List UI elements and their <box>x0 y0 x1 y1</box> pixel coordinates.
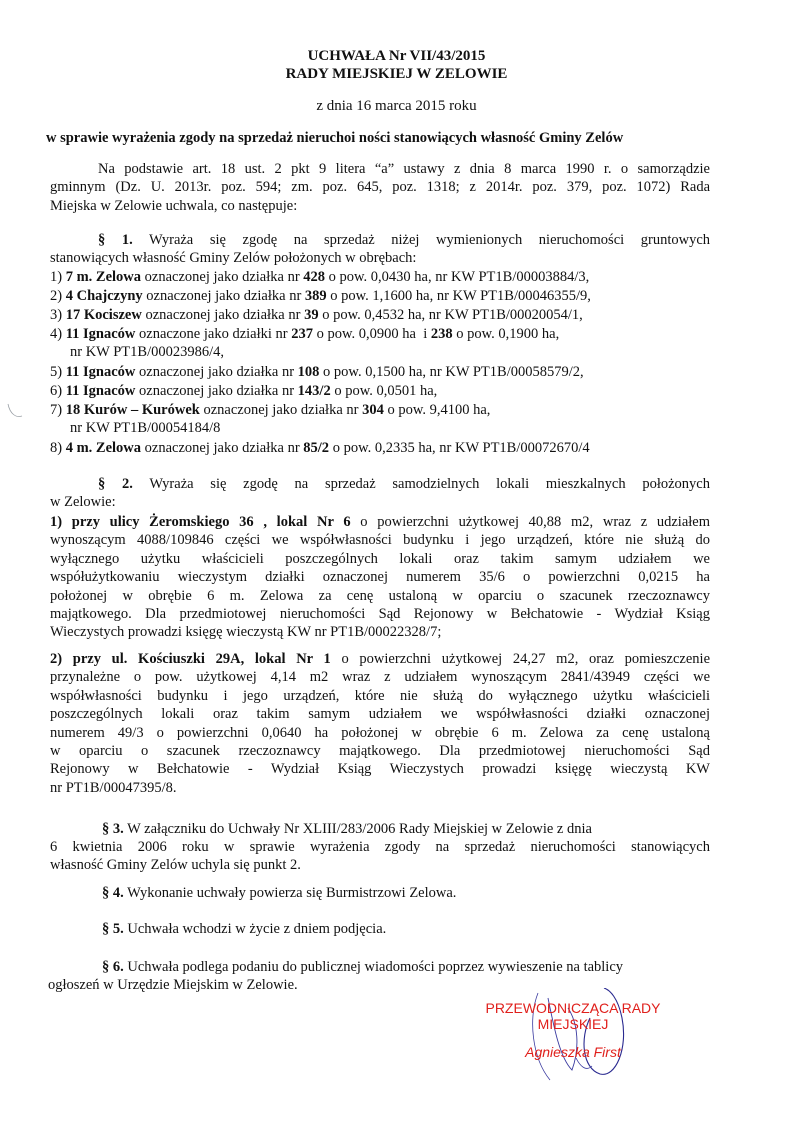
preamble-line: Miejska w Zelowie uchwala, co następuje: <box>50 197 710 215</box>
preamble-line: Na podstawie art. 18 ust. 2 pkt 9 litera… <box>50 160 710 178</box>
resolution-subject: w sprawie wyrażenia zgody na sprzedaż ni… <box>46 130 623 147</box>
property-item-5: 5) 11 Ignaców oznaczonej jako działka nr… <box>50 363 584 381</box>
section-2-label: § 2. <box>98 476 133 492</box>
stamp-title-line1: PRZEWODNICZĄCA RADY <box>478 1000 668 1016</box>
section-6-line2: ogłoszeń w Urzędzie Miejskim w Zelowie. <box>48 976 298 994</box>
section-1-line: stanowiących własność Gminy Zelów położo… <box>50 249 710 267</box>
section-4-label: § 4. <box>102 885 124 901</box>
chairperson-stamp: PRZEWODNICZĄCA RADY MIEJSKIEJ Agnieszka … <box>478 1000 668 1060</box>
section-3-body: 6 kwietnia 2006 roku w sprawie wyrażenia… <box>50 838 710 875</box>
property-item-8: 8) 4 m. Zelowa oznaczonej jako działka n… <box>50 439 590 457</box>
document-page: UCHWAŁA Nr VII/43/2015 RADY MIEJSKIEJ W … <box>0 0 793 1123</box>
section-2-intro: § 2. Wyraża się zgodę na sprzedaż samodz… <box>50 475 710 512</box>
property-item-1: 1) 7 m. Zelowa oznaczonej jako działka n… <box>50 268 589 286</box>
preamble-line: gminnym (Dz. U. 2013r. poz. 594; zm. poz… <box>50 178 710 196</box>
preamble: Na podstawie art. 18 ust. 2 pkt 9 litera… <box>50 160 710 215</box>
section-4: § 4. Wykonanie uchwały powierza się Burm… <box>102 884 456 902</box>
section-3-line1: § 3. W załączniku do Uchwały Nr XLIII/28… <box>102 820 592 838</box>
section-2-point-1: 1) przy ulicy Żeromskiego 36 , lokal Nr … <box>50 513 710 642</box>
section-2-line: § 2. Wyraża się zgodę na sprzedaż samodz… <box>50 475 710 493</box>
section-5-label: § 5. <box>102 921 124 937</box>
stamp-title-line2: MIEJSKIEJ <box>478 1016 668 1032</box>
stamp-signatory-name: Agnieszka First <box>478 1044 668 1060</box>
section-1-line: § 1. Wyraża się zgodę na sprzedaż niżej … <box>50 231 710 249</box>
scan-margin-mark-icon <box>6 400 24 420</box>
property-item-4: 4) 11 Ignaców oznaczone jako działki nr … <box>50 325 559 361</box>
section-6-line1: § 6. Uchwała podlega podaniu do publiczn… <box>102 958 623 976</box>
property-item-7: 7) 18 Kurów – Kurówek oznaczonej jako dz… <box>50 401 490 437</box>
property-item-2: 2) 4 Chajczyny oznaczonej jako działka n… <box>50 287 591 305</box>
property-item-3: 3) 17 Kociszew oznaczonej jako działka n… <box>50 306 583 324</box>
resolution-date: z dnia 16 marca 2015 roku <box>0 98 793 115</box>
section-1-intro: § 1. Wyraża się zgodę na sprzedaż niżej … <box>50 231 710 268</box>
resolution-number: UCHWAŁA Nr VII/43/2015 <box>0 48 793 65</box>
property-item-6: 6) 11 Ignaców oznaczonej jako działka nr… <box>50 382 437 400</box>
section-2-point-2: 2) przy ul. Kościuszki 29A, lokal Nr 1 o… <box>50 650 710 797</box>
section-6-label: § 6. <box>102 959 124 975</box>
section-1-label: § 1. <box>98 232 133 248</box>
council-name: RADY MIEJSKIEJ W ZELOWIE <box>0 66 793 83</box>
section-3-label: § 3. <box>102 821 124 837</box>
section-5: § 5. Uchwała wchodzi w życie z dniem pod… <box>102 920 386 938</box>
section-2-line: w Zelowie: <box>50 493 710 511</box>
